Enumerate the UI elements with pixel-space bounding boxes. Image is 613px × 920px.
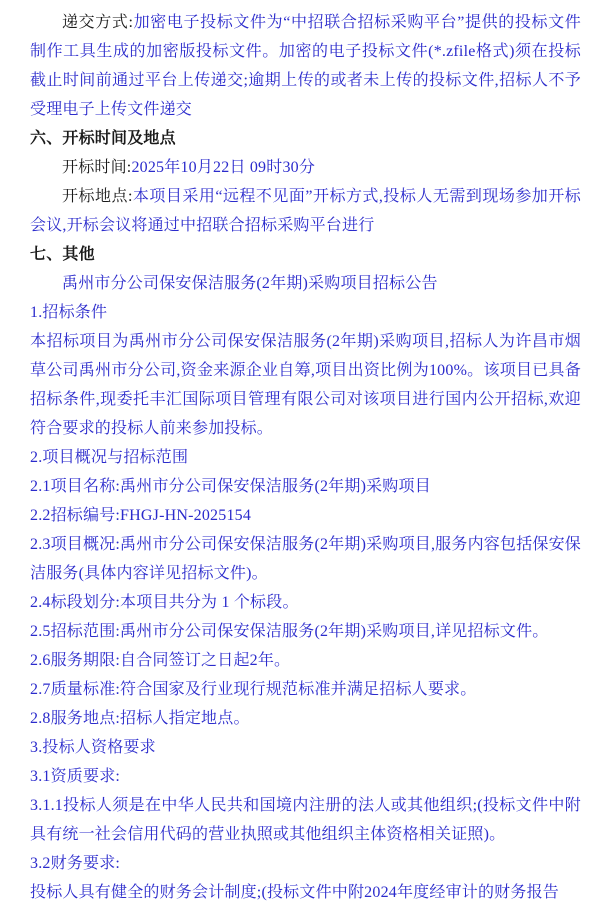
paragraph: 2.7质量标准:符合国家及行业现行规范标准并满足招标人要求。 — [30, 675, 581, 704]
text-segment: 1.招标条件 — [30, 304, 107, 321]
paragraph: 投标人具有健全的财务会计制度;(投标文件中附2024年度经审计的财务报告 — [30, 878, 581, 907]
paragraph: 3.1.1投标人须是在中华人民共和国境内注册的法人或其他组织;(投标文件中附具有… — [30, 791, 581, 849]
text-segment: 2.项目概况与招标范围 — [30, 449, 188, 466]
paragraph: 2.6服务期限:自合同签订之日起2年。 — [30, 646, 581, 675]
paragraph: 1.招标条件 — [30, 298, 581, 327]
paragraph: 3.投标人资格要求 — [30, 733, 581, 762]
text-segment: 3.1资质要求: — [30, 768, 120, 785]
paragraph: 2.5招标范围:禹州市分公司保安保洁服务(2年期)采购项目,详见招标文件。 — [30, 617, 581, 646]
paragraph: 本招标项目为禹州市分公司保安保洁服务(2年期)采购项目,招标人为许昌市烟草公司禹… — [30, 327, 581, 443]
document-page: 递交方式:加密电子投标文件为“中招联合招标采购平台”提供的投标文件制作工具生成的… — [0, 0, 613, 920]
paragraph: 递交方式:加密电子投标文件为“中招联合招标采购平台”提供的投标文件制作工具生成的… — [30, 8, 581, 124]
paragraph: 3.2财务要求: — [30, 849, 581, 878]
paragraph: 开标地点:本项目采用“远程不见面”开标方式,投标人无需到现场参加开标会议,开标会… — [30, 182, 581, 240]
paragraph: 2.4标段划分:本项目共分为 1 个标段。 — [30, 588, 581, 617]
text-segment: 3.1.1投标人须是在中华人民共和国境内注册的法人或其他组织;(投标文件中附具有… — [30, 797, 581, 843]
paragraph: 2.2招标编号:FHGJ-HN-2025154 — [30, 501, 581, 530]
paragraph: 2.项目概况与招标范围 — [30, 443, 581, 472]
text-segment: 六、开标时间及地点 — [30, 130, 176, 147]
text-segment: 3.2财务要求: — [30, 855, 120, 872]
text-segment: 投标人具有健全的财务会计制度;(投标文件中附2024年度经审计的财务报告 — [30, 884, 559, 901]
section-heading: 六、开标时间及地点 — [30, 124, 581, 153]
text-segment: 开标时间: — [62, 159, 131, 176]
text-segment: 禹州市分公司保安保洁服务(2年期)采购项目招标公告 — [62, 275, 438, 292]
paragraph: 2.3项目概况:禹州市分公司保安保洁服务(2年期)采购项目,服务内容包括保安保洁… — [30, 530, 581, 588]
text-segment: 3.投标人资格要求 — [30, 739, 156, 756]
text-segment: 2.5招标范围:禹州市分公司保安保洁服务(2年期)采购项目,详见招标文件。 — [30, 623, 549, 640]
text-segment: 2.8服务地点:招标人指定地点。 — [30, 710, 250, 727]
paragraph: 2.8服务地点:招标人指定地点。 — [30, 704, 581, 733]
paragraph: 禹州市分公司保安保洁服务(2年期)采购项目招标公告 — [30, 269, 581, 298]
text-segment: 2.4标段划分:本项目共分为 1 个标段。 — [30, 594, 299, 611]
paragraph: 3.1资质要求: — [30, 762, 581, 791]
text-segment: 2025年10月22日 09时30分 — [131, 159, 315, 176]
text-segment: 递交方式: — [62, 14, 133, 31]
section-heading: 七、其他 — [30, 240, 581, 269]
text-segment: 开标地点: — [62, 188, 133, 205]
paragraph: 2.1项目名称:禹州市分公司保安保洁服务(2年期)采购项目 — [30, 472, 581, 501]
text-segment: 本招标项目为禹州市分公司保安保洁服务(2年期)采购项目,招标人为许昌市烟草公司禹… — [30, 333, 581, 437]
text-segment: 2.2招标编号:FHGJ-HN-2025154 — [30, 507, 251, 524]
text-segment: 七、其他 — [30, 246, 95, 263]
text-segment: 2.1项目名称:禹州市分公司保安保洁服务(2年期)采购项目 — [30, 478, 431, 495]
paragraph: 开标时间:2025年10月22日 09时30分 — [30, 153, 581, 182]
text-segment: 2.3项目概况:禹州市分公司保安保洁服务(2年期)采购项目,服务内容包括保安保洁… — [30, 536, 581, 582]
document-content: 递交方式:加密电子投标文件为“中招联合招标采购平台”提供的投标文件制作工具生成的… — [0, 0, 613, 907]
text-segment: 2.6服务期限:自合同签订之日起2年。 — [30, 652, 290, 669]
text-segment: 2.7质量标准:符合国家及行业现行规范标准并满足招标人要求。 — [30, 681, 476, 698]
